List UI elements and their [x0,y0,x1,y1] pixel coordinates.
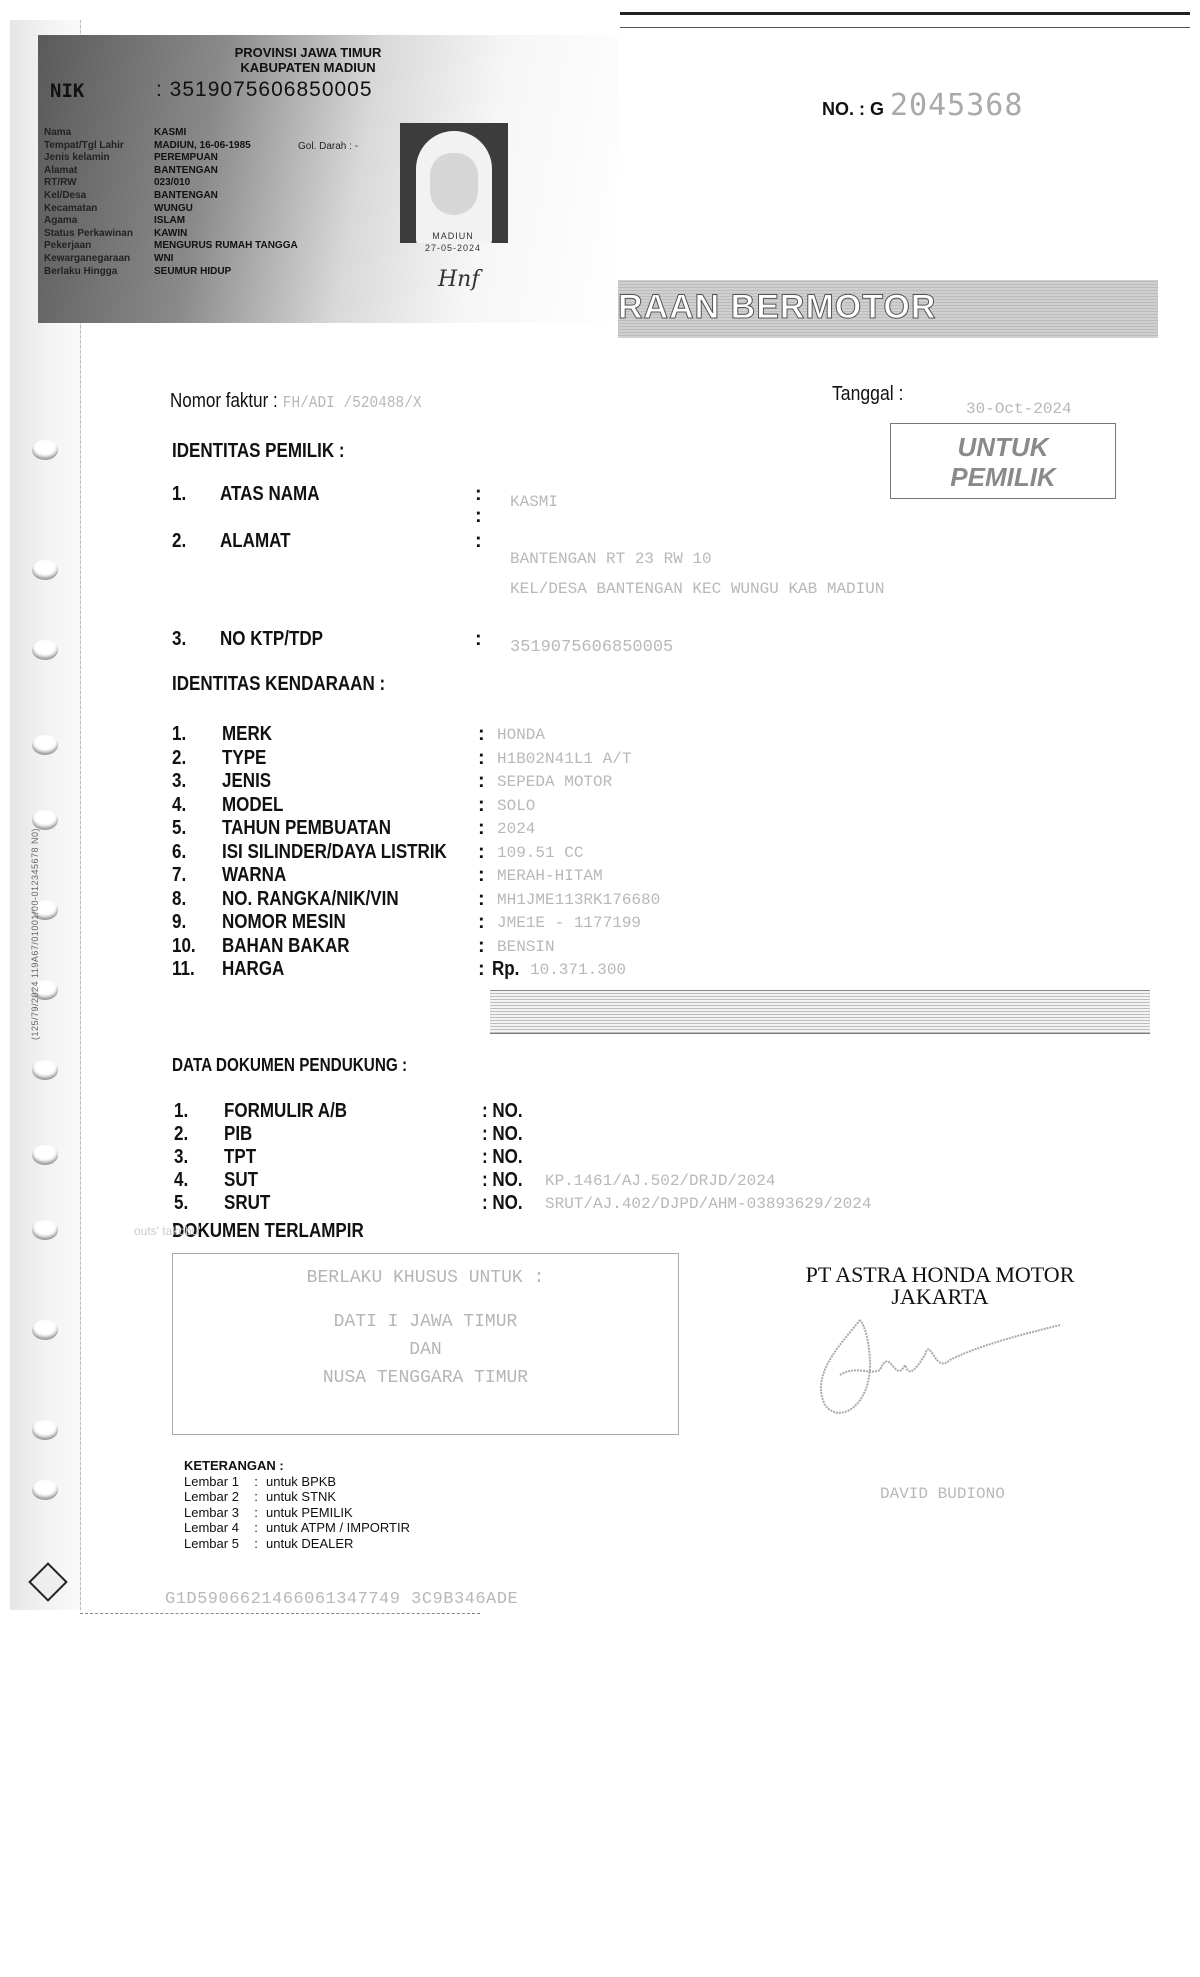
owner-item-label: NO KTP/TDP [220,628,323,651]
perforation-hole [32,810,58,830]
notes-title: KETERANGAN : [184,1458,410,1474]
vehicle-item-number: 11. [172,958,195,981]
band-title: RAAN BERMOTOR [618,288,936,327]
vehicle-item-number: 9. [172,911,186,934]
colon: : [478,911,485,934]
ktp-id-card: PROVINSI JAWA TIMUR KABUPATEN MADIUN NIK… [38,35,618,323]
title-band: RAAN BERMOTOR [618,280,1158,338]
owner-item-number: 1. [172,483,186,506]
note-row: Lembar 2:untuk STNK [184,1489,410,1505]
owner-address-value: BANTENGAN RT 23 RW 10 [510,550,712,568]
stamp-line: PEMILIK [891,462,1115,492]
validity-line: DAN [173,1340,678,1360]
document-no-label: : NO. [482,1146,523,1169]
perforation-hole [32,1320,58,1340]
note-colon: : [246,1489,266,1505]
id-nik-value: : 3519075606850005 [156,78,373,102]
note-sheet: Lembar 1 [184,1474,246,1490]
document-item-value: KP.1461/AJ.502/DRJD/2024 [545,1172,775,1190]
owner-item-number: 2. [172,530,186,553]
price-prefix: Rp. [492,958,519,981]
id-field-label: Kel/Desa [44,190,154,203]
vehicle-item-value: 10.371.300 [530,961,626,979]
id-field: AgamaISLAM [44,215,185,228]
diamond-mark-icon [28,1562,68,1602]
document-item-label: SUT [224,1169,258,1192]
vehicle-item-number: 2. [172,747,186,770]
notes: KETERANGAN : Lembar 1:untuk BPKBLembar 2… [184,1458,410,1551]
id-field-value: 023/010 [154,177,190,188]
vehicle-item-label: JENIS [222,770,271,793]
vehicle-item-value: JME1E - 1177199 [497,914,641,932]
id-field-label: Agama [44,215,154,228]
vehicle-item-number: 7. [172,864,186,887]
colon: : [478,958,485,981]
document-number-label: NO. : G [822,99,884,119]
vehicle-section-title: IDENTITAS KENDARAAN : [172,673,385,696]
id-regency: KABUPATEN MADIUN [188,60,428,75]
id-field: KewarganegaraanWNI [44,253,173,266]
vehicle-item-label: MODEL [222,794,283,817]
note-sheet: Lembar 4 [184,1520,246,1536]
validity-line: NUSA TENGGARA TIMUR [173,1368,678,1388]
colon: : [478,888,485,911]
note-colon: : [246,1505,266,1521]
document-item-number: 1. [174,1100,188,1123]
vehicle-item-label: NO. RANGKA/NIK/VIN [222,888,399,911]
note-sheet: Lembar 5 [184,1536,246,1552]
tanggal-label: Tanggal : [832,383,903,406]
id-field-value: MADIUN, 16-06-1985 [154,140,251,151]
id-field: KecamatanWUNGU [44,203,193,216]
id-field-value: ISLAM [154,215,185,226]
id-field-label: Kecamatan [44,203,154,216]
stamp-line: UNTUK [891,432,1115,462]
note-sheet: Lembar 2 [184,1489,246,1505]
vehicle-item-value: HONDA [497,726,545,744]
attached-docs-title: DOKUMEN TERLAMPIR [172,1220,364,1243]
document-item-label: SRUT [224,1192,270,1215]
vehicle-item-label: NOMOR MESIN [222,911,346,934]
vehicle-item-label: ISI SILINDER/DAYA LISTRIK [222,841,447,864]
colon: : [478,770,485,793]
perforation-hole [32,440,58,460]
note-use: untuk PEMILIK [266,1505,353,1521]
document-item-number: 4. [174,1169,188,1192]
colon: : [478,817,485,840]
vehicle-item-number: 5. [172,817,186,840]
colon: : [475,483,482,506]
owner-ktp-value: 3519075606850005 [510,638,673,657]
id-photo [400,123,508,243]
signature-icon [800,1305,1080,1425]
note-row: Lembar 5:untuk DEALER [184,1536,410,1552]
note-colon: : [246,1474,266,1490]
vehicle-item-number: 6. [172,841,186,864]
perforation-hole [32,1145,58,1165]
id-field: Berlaku HinggaSEUMUR HIDUP [44,266,231,279]
owner-address-value-2: KEL/DESA BANTENGAN KEC WUNGU KAB MADIUN [510,580,884,598]
id-signature: Hnf [438,267,480,292]
vehicle-item-number: 1. [172,723,186,746]
id-field: Kel/DesaBANTENGAN [44,190,218,203]
id-field: PekerjaanMENGURUS RUMAH TANGGA [44,240,298,253]
vehicle-item-label: TAHUN PEMBUATAN [222,817,391,840]
colon: : [475,505,482,528]
vehicle-item-number: 10. [172,935,196,958]
note-row: Lembar 4:untuk ATPM / IMPORTIR [184,1520,410,1536]
owner-item-label: ALAMAT [220,530,291,553]
id-issue-place: MADIUN [388,230,518,242]
note-row: Lembar 3:untuk PEMILIK [184,1505,410,1521]
id-field-label: Status Perkawinan [44,228,154,241]
perforation-hole [32,1060,58,1080]
documents-section-title: DATA DOKUMEN PENDUKUNG : [172,1055,407,1076]
id-field: NamaKASMI [44,127,186,140]
signer-name: DAVID BUDIONO [880,1485,1005,1503]
vehicle-item-value: H1B02N41L1 A/T [497,750,631,768]
vehicle-item-number: 8. [172,888,186,911]
colon: : [475,530,482,553]
id-field: Status PerkawinanKAWIN [44,228,187,241]
company-name: PT ASTRA HONDA MOTOR JAKARTA [780,1264,1100,1308]
perforation-hole [32,735,58,755]
vehicle-item-label: HARGA [222,958,284,981]
note-row: Lembar 1:untuk BPKB [184,1474,410,1490]
company-line: PT ASTRA HONDA MOTOR [780,1264,1100,1286]
note-colon: : [246,1520,266,1536]
colon: : [478,864,485,887]
vehicle-item-label: BAHAN BAKAR [222,935,350,958]
note-use: untuk DEALER [266,1536,353,1552]
id-field-label: Pekerjaan [44,240,154,253]
id-field-label: Jenis kelamin [44,152,154,165]
id-province: PROVINSI JAWA TIMUR [188,45,428,60]
id-field-value: KAWIN [154,228,187,239]
document-item-label: FORMULIR A/B [224,1100,347,1123]
id-nik-label: NIK [50,80,84,102]
document-no-label: : NO. [482,1192,523,1215]
nomor-faktur: Nomor faktur :FH/ADI /520488/X [170,390,422,413]
colon: : [478,794,485,817]
vehicle-item-value: MERAH-HITAM [497,867,603,885]
colon: : [475,628,482,651]
vehicle-item-label: WARNA [222,864,286,887]
id-field-label: RT/RW [44,177,154,190]
vehicle-item-label: MERK [222,723,272,746]
id-field-label: Nama [44,127,154,140]
document-no-label: : NO. [482,1123,523,1146]
perforation-hole [32,560,58,580]
owner-name-value: KASMI [510,493,558,511]
tanggal-value: 30-Oct-2024 [966,400,1072,418]
vehicle-item-value: SEPEDA MOTOR [497,773,612,791]
perforation-hole [32,1220,58,1240]
id-field-value: MENGURUS RUMAH TANGGA [154,240,298,251]
note-use: untuk BPKB [266,1474,336,1490]
document-item-number: 3. [174,1146,188,1169]
validity-box: BERLAKU KHUSUS UNTUK : DATI I JAWA TIMUR… [172,1253,679,1435]
document-number-value: 2045368 [890,88,1023,123]
vehicle-item-value: MH1JME113RK176680 [497,891,660,909]
document-no-label: : NO. [482,1169,523,1192]
nomor-faktur-label: Nomor faktur : [170,390,278,412]
vehicle-item-label: TYPE [222,747,266,770]
top-rule [620,27,1190,28]
vehicle-item-value: SOLO [497,797,535,815]
id-field: Tempat/Tgl LahirMADIUN, 16-06-1985 [44,140,251,153]
id-field-label: Kewarganegaraan [44,253,154,266]
vehicle-item-number: 4. [172,794,186,817]
document-no-label: : NO. [482,1100,523,1123]
id-field-label: Berlaku Hingga [44,266,154,279]
id-field: Jenis kelaminPEREMPUAN [44,152,218,165]
colon: : [478,841,485,864]
id-field: RT/RW023/010 [44,177,190,190]
note-sheet: Lembar 3 [184,1505,246,1521]
faint-stamp: outs' takobu' [134,1224,201,1238]
colon: : [478,747,485,770]
document-item-label: PIB [224,1123,252,1146]
id-issue-date: 27-05-2024 [388,242,518,254]
document-item-label: TPT [224,1146,256,1169]
vehicle-item-number: 3. [172,770,186,793]
document-item-value: SRUT/AJ.402/DJPD/AHM-03893629/2024 [545,1195,871,1213]
id-field-value: KASMI [154,127,186,138]
note-use: untuk STNK [266,1489,336,1505]
document-item-number: 5. [174,1192,188,1215]
untuk-pemilik-stamp: UNTUK PEMILIK [890,423,1116,499]
id-field-label: Tempat/Tgl Lahir [44,140,154,153]
note-colon: : [246,1536,266,1552]
vehicle-item-value: 2024 [497,820,535,838]
id-field-value: BANTENGAN [154,190,218,201]
owner-item-label: ATAS NAMA [220,483,319,506]
id-field-value: PEREMPUAN [154,152,218,163]
document-number: NO. : G2045368 [822,88,1023,123]
id-field-value: BANTENGAN [154,165,218,176]
validity-line: BERLAKU KHUSUS UNTUK : [173,1268,678,1288]
vehicle-item-value: BENSIN [497,938,555,956]
document-item-number: 2. [174,1123,188,1146]
id-blood-type: Gol. Darah : - [298,141,358,152]
id-field-label: Alamat [44,165,154,178]
owner-section-title: IDENTITAS PEMILIK : [172,440,345,463]
bottom-rule [80,1613,480,1614]
owner-item-number: 3. [172,628,186,651]
hatched-box [490,990,1150,1034]
id-field: AlamatBANTENGAN [44,165,218,178]
colon: : [478,723,485,746]
top-rule [620,12,1190,15]
nomor-faktur-value: FH/ADI /520488/X [283,394,422,413]
bottom-code: G1D5906621466061347749 3C9B346ADE [165,1590,518,1609]
margin-code: (125/79/2024 119A67/01001/00-012345678 N… [30,828,40,1040]
vehicle-item-value: 109.51 CC [497,844,583,862]
validity-line: DATI I JAWA TIMUR [173,1312,678,1332]
perforation-hole [32,1420,58,1440]
note-use: untuk ATPM / IMPORTIR [266,1520,410,1536]
id-field-value: WUNGU [154,203,193,214]
id-field-value: WNI [154,253,173,264]
colon: : [478,935,485,958]
id-field-value: SEUMUR HIDUP [154,266,231,277]
perforation-hole [32,640,58,660]
perforation-hole [32,1480,58,1500]
